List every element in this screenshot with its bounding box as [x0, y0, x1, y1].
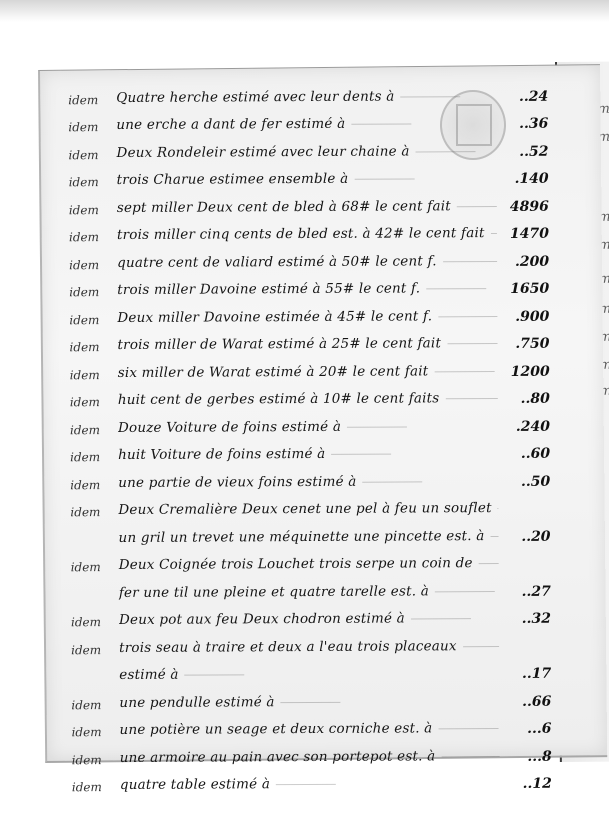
entry-description: quatre cent de valiard estimé à 50# le c…: [117, 253, 497, 272]
ledger-entry: idemhuit Voiture de foins estimé à..60: [70, 434, 550, 464]
entry-description: quatre table estimé à: [120, 775, 500, 794]
entry-value: ..32: [499, 611, 551, 627]
entry-value: 1200: [498, 363, 550, 379]
entry-prefix: idem: [70, 505, 118, 519]
entry-description: une pendulle estimé à: [119, 693, 499, 712]
entry-value: .750: [497, 336, 549, 352]
entry-description: huit Voiture de foins estimé à: [118, 445, 498, 464]
entry-prefix: idem: [68, 120, 116, 134]
ledger-entry: idemDeux Cremalière Deux cenet une pel à…: [70, 489, 550, 519]
ledger-entry: idemune armoire au pain avec son portepo…: [72, 737, 552, 767]
entry-prefix: idem: [72, 725, 120, 739]
entry-prefix: idem: [69, 258, 117, 272]
entry-description: une potière un seage et deux corniche es…: [119, 720, 499, 739]
ledger-entry: idemquatre cent de valiard estimé à 50# …: [69, 242, 549, 272]
entry-description: Deux Cremalière Deux cenet une pel à feu…: [118, 500, 498, 519]
entry-value: ..36: [496, 116, 548, 132]
ledger-entry: idemsept miller Deux cent de bled à 68# …: [69, 187, 549, 217]
entry-value: ..66: [499, 693, 551, 709]
ledger-entry: idemDeux Coignée trois Louchet trois ser…: [71, 544, 551, 574]
entry-value: ..12: [500, 776, 552, 792]
ledger-entry: idemtrois seau à traire et deux a l'eau …: [71, 627, 551, 657]
entry-value: ..24: [496, 88, 548, 104]
entry-description: Deux Rondeleir estimé avec leur chaine à: [116, 143, 496, 162]
scanner-edge: [0, 0, 609, 22]
entry-prefix: idem: [71, 560, 119, 574]
entry-prefix: idem: [71, 698, 119, 712]
entry-description: six miller de Warat estimé à 20# le cent…: [118, 363, 498, 382]
entry-value: .200: [497, 253, 549, 269]
ledger-entry: idemfer une til une pleine et quatre tar…: [71, 572, 551, 602]
entry-prefix: idem: [70, 478, 118, 492]
entry-value: 1470: [497, 226, 549, 242]
ledger-entry: idemquatre table estimé à..12: [72, 764, 552, 794]
entry-description: trois miller cinq cents de bled est. à 4…: [117, 225, 497, 244]
ledger-entry: idemDeux Rondeleir estimé avec leur chai…: [68, 132, 548, 162]
entry-prefix: idem: [69, 203, 117, 217]
ledger-entry: idemDouze Voiture de foins estimé à.240: [70, 407, 550, 437]
ledger-entry: idemtrois miller de Warat estimé à 25# l…: [69, 324, 549, 354]
entry-value: ..80: [498, 391, 550, 407]
entry-description: huit cent de gerbes estimé à 10# le cent…: [118, 390, 498, 409]
entry-value: ..52: [496, 143, 548, 159]
entry-description: trois miller de Warat estimé à 25# le ce…: [117, 335, 497, 354]
entry-value: ..60: [498, 446, 550, 462]
entry-value: ..27: [499, 583, 551, 599]
entry-prefix: idem: [71, 643, 119, 657]
entry-prefix: idem: [69, 313, 117, 327]
ledger-entry: idemhuit cent de gerbes estimé à 10# le …: [70, 379, 550, 409]
ledger-entry: idemsix miller de Warat estimé à 20# le …: [70, 352, 550, 382]
entry-prefix: idem: [70, 423, 118, 437]
entry-description: un gril un trevet une méquinette une pin…: [118, 528, 498, 547]
entry-prefix: idem: [70, 395, 118, 409]
entry-value: .140: [497, 171, 549, 187]
entry-prefix: idem: [69, 340, 117, 354]
ledger-entry: idemtrois Charue estimee ensemble à.140: [69, 159, 549, 189]
entry-value: ...8: [500, 748, 552, 764]
ledger-entry: idemDeux miller Davoine estimée à 45# le…: [69, 297, 549, 327]
entry-prefix: idem: [68, 93, 116, 107]
entry-value: ..20: [498, 528, 550, 544]
ledger-entry: idemune erche a dant de fer estimé à..36: [68, 104, 548, 134]
entry-description: trois seau à traire et deux a l'eau troi…: [119, 638, 499, 657]
entry-description: fer une til une pleine et quatre tarelle…: [119, 583, 499, 602]
entry-prefix: idem: [69, 230, 117, 244]
ledger-entry: idemune potière un seage et deux cornich…: [71, 709, 551, 739]
inventory-entries: idemQuatre herche estimé avec leur dents…: [68, 77, 552, 795]
entry-description: une erche a dant de fer estimé à: [116, 115, 496, 134]
entry-description: trois miller Davoine estimé à 55# le cen…: [117, 280, 497, 299]
ledger-entry: idemun gril un trevet une méquinette une…: [70, 517, 550, 547]
entry-description: Douze Voiture de foins estimé à: [118, 418, 498, 437]
entry-description: Deux Coignée trois Louchet trois serpe u…: [119, 555, 499, 574]
entry-value: ..17: [499, 666, 551, 682]
ledger-entry: idemDeux pot aux feu Deux chodron estimé…: [71, 599, 551, 629]
entry-prefix: idem: [69, 175, 117, 189]
ledger-entry: idemune pendulle estimé à..66: [71, 682, 551, 712]
entry-value: 1650: [497, 281, 549, 297]
entry-prefix: idem: [71, 615, 119, 629]
entry-description: trois Charue estimee ensemble à: [117, 170, 497, 189]
entry-value: .900: [497, 308, 549, 324]
ledger-entry: idemtrois miller Davoine estimé à 55# le…: [69, 269, 549, 299]
entry-prefix: idem: [70, 450, 118, 464]
entry-prefix: idem: [72, 753, 120, 767]
entry-value: .240: [498, 418, 550, 434]
ledger-entry: idemtrois miller cinq cents de bled est.…: [69, 214, 549, 244]
entry-value: 4896: [497, 198, 549, 214]
entry-value: ..50: [498, 473, 550, 489]
ledger-entry: idemQuatre herche estimé avec leur dents…: [68, 77, 548, 107]
ledger-entry: idemestimé à..17: [71, 654, 551, 684]
entry-value: ...6: [499, 721, 551, 737]
entry-prefix: idem: [70, 368, 118, 382]
entry-description: Deux miller Davoine estimée à 45# le cen…: [117, 308, 497, 327]
ledger-entry: idemune partie de vieux foins estimé à..…: [70, 462, 550, 492]
entry-description: Deux pot aux feu Deux chodron estimé à: [119, 610, 499, 629]
entry-prefix: idem: [69, 285, 117, 299]
entry-description: une partie de vieux foins estimé à: [118, 473, 498, 492]
entry-description: estimé à: [119, 665, 499, 684]
entry-description: une armoire au pain avec son portepot es…: [120, 748, 500, 767]
entry-description: Quatre herche estimé avec leur dents à: [116, 88, 496, 107]
entry-prefix: idem: [72, 780, 120, 794]
entry-description: sept miller Deux cent de bled à 68# le c…: [117, 198, 497, 217]
entry-prefix: idem: [68, 148, 116, 162]
